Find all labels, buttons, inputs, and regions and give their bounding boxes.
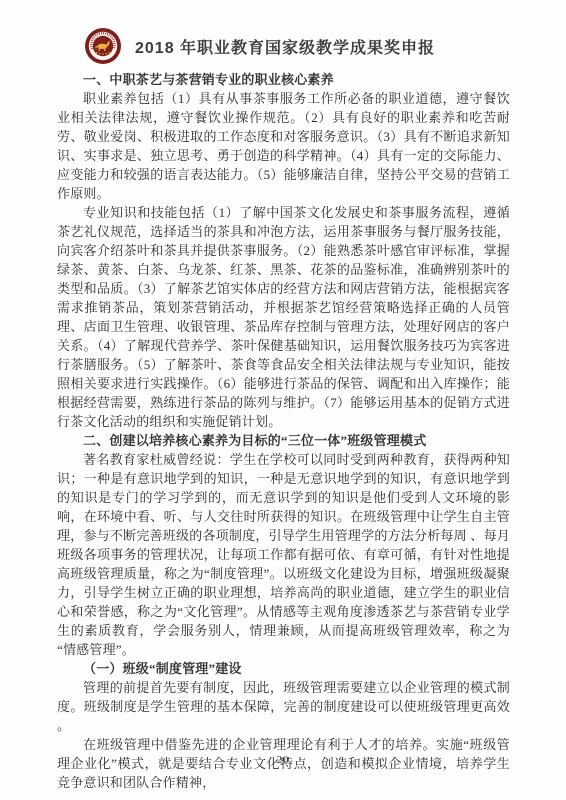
- document-body: 一、中职茶艺与茶营销专业的职业核心素养 职业素养包括（1）具有从事茶事服务工作所…: [57, 70, 510, 792]
- document-header: 2018 年职业教育国家级教学成果奖申报: [84, 27, 435, 65]
- paragraph-professional-quality: 职业素养包括（1）具有从事茶事服务工作所必备的职业道德，遵守餐饮业相关法律法规，…: [57, 89, 510, 203]
- school-seal-icon: [84, 27, 122, 65]
- section-heading-2: 二、创建以培养核心素养为目标的“三位一体”班级管理模式: [57, 431, 510, 450]
- paragraph-system-management: 管理的前提首先要有制度，因此，班级管理需要建立以企业管理的模式制度。班级制度是学…: [57, 678, 510, 735]
- page-number: 20: [0, 754, 566, 766]
- subsection-heading-1: （一）班级“制度管理”建设: [57, 659, 510, 678]
- page-title: 2018 年职业教育国家级教学成果奖申报: [135, 35, 435, 58]
- section-heading-1: 一、中职茶艺与茶营销专业的职业核心素养: [57, 70, 510, 89]
- paragraph-dewey-quote: 著名教育家杜威曾经说：学生在学校可以同时受到两种教育，获得两种知识；一种是有意识…: [57, 450, 510, 659]
- paragraph-professional-knowledge: 专业知识和技能包括（1）了解中国茶文化发展史和茶事服务流程，遵循茶艺礼仪规范，选…: [57, 203, 510, 431]
- document-page: 2018 年职业教育国家级教学成果奖申报 一、中职茶艺与茶营销专业的职业核心素养…: [0, 0, 566, 800]
